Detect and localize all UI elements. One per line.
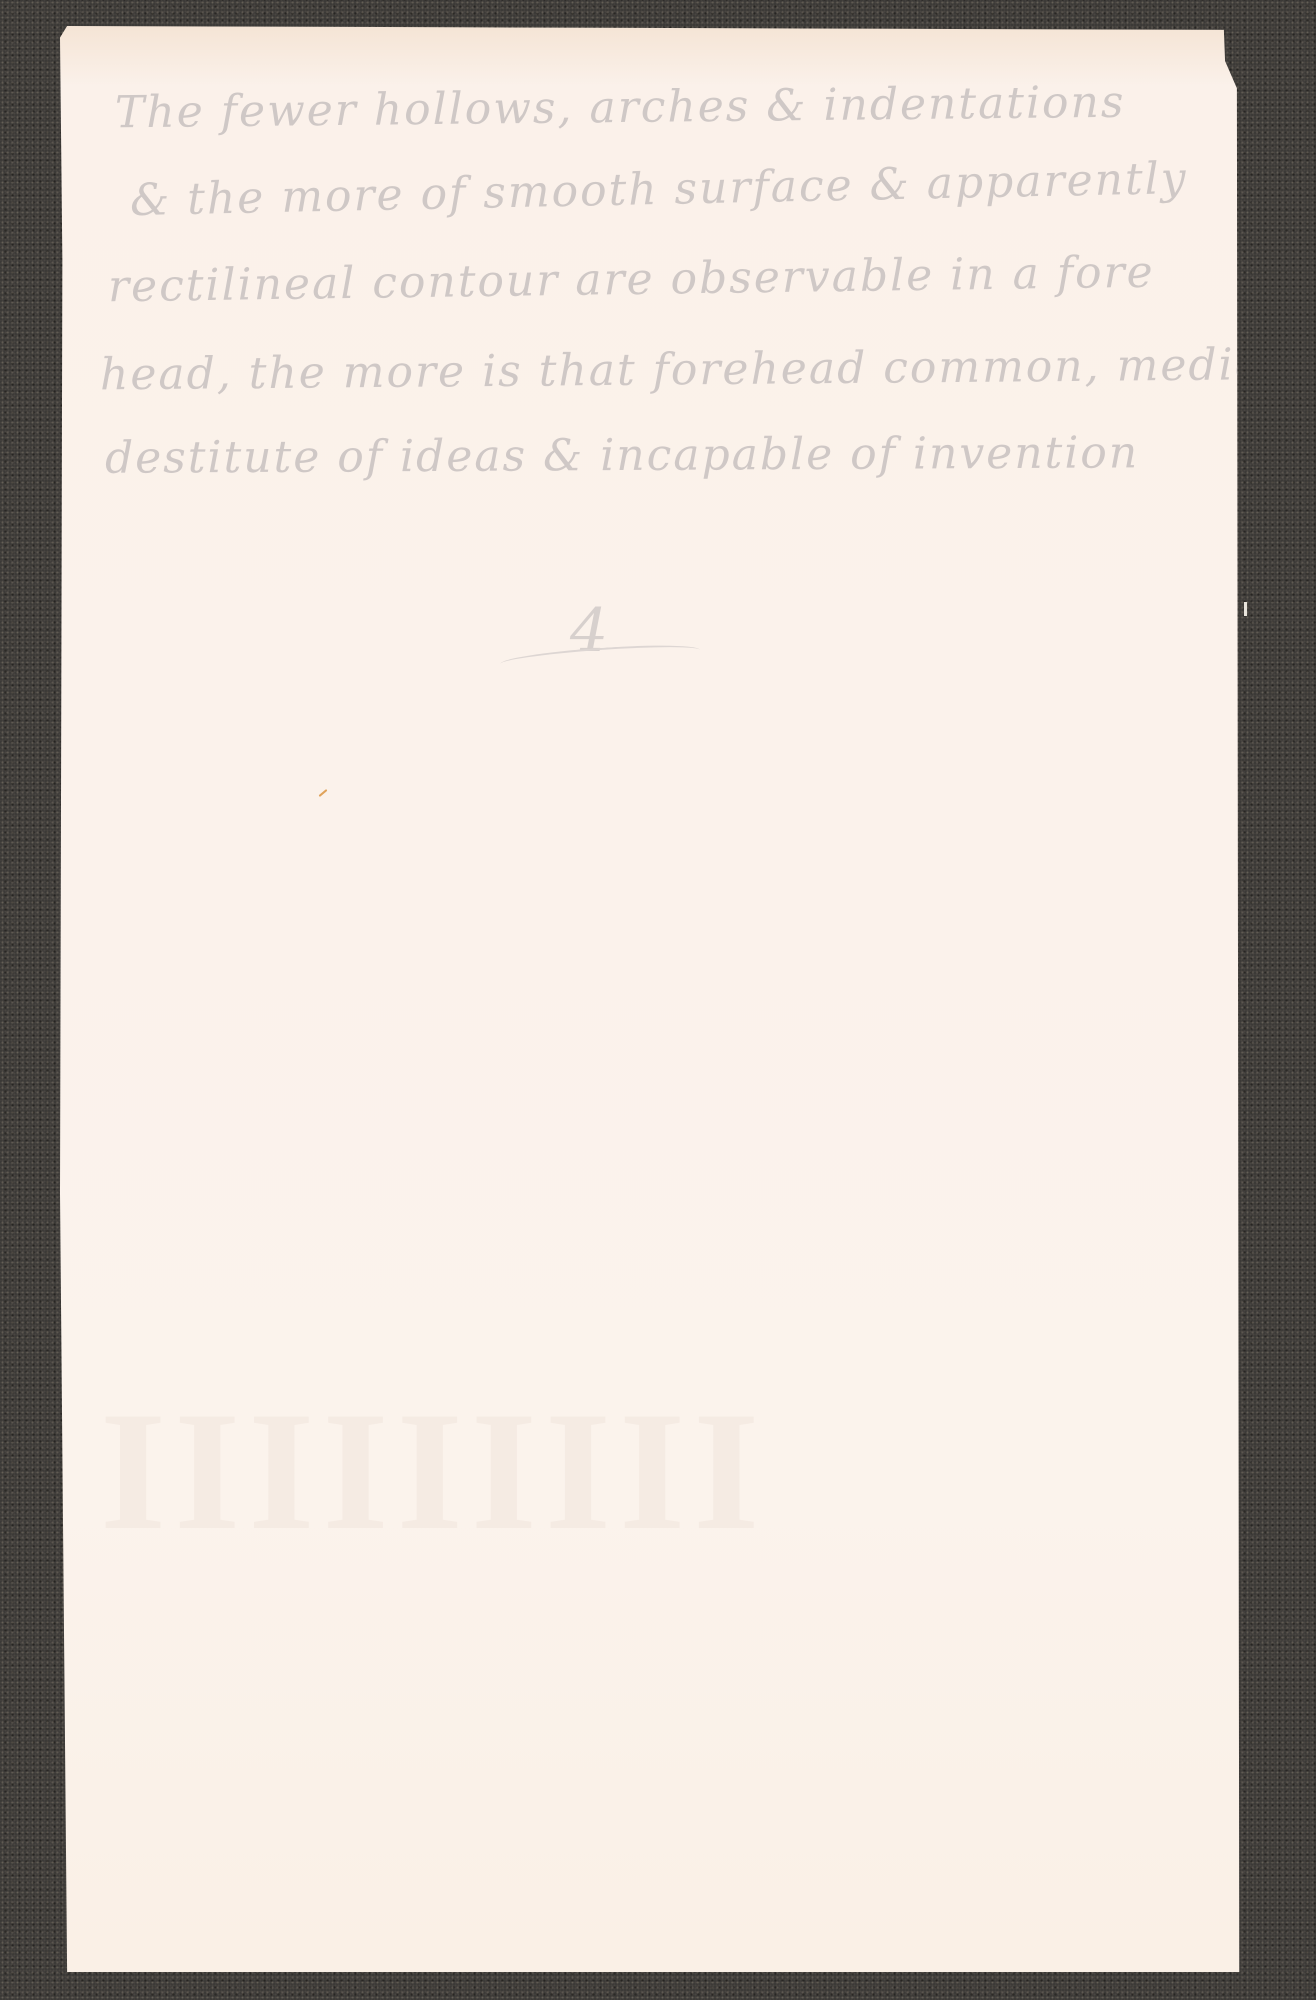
page-number: 4 [570,596,608,666]
handwritten-line-2: & the more of smooth surface & apparentl… [130,157,1188,223]
paper-stain [319,789,328,797]
paper-watermark: IIIIIIIII [100,1396,1000,1546]
handwritten-line-5: destitute of ideas & incapable of invent… [105,431,1139,480]
handwritten-line-4: head, the more is that forehead common, … [100,343,1316,398]
handwritten-line-3: rectilineal contour are observable in a … [108,251,1155,310]
manuscript-page: The fewer hollows, arches & indentations… [60,26,1244,1972]
handwritten-line-1: The fewer hollows, arches & indentations [115,81,1126,136]
paper-edge-fragment [1244,602,1247,616]
